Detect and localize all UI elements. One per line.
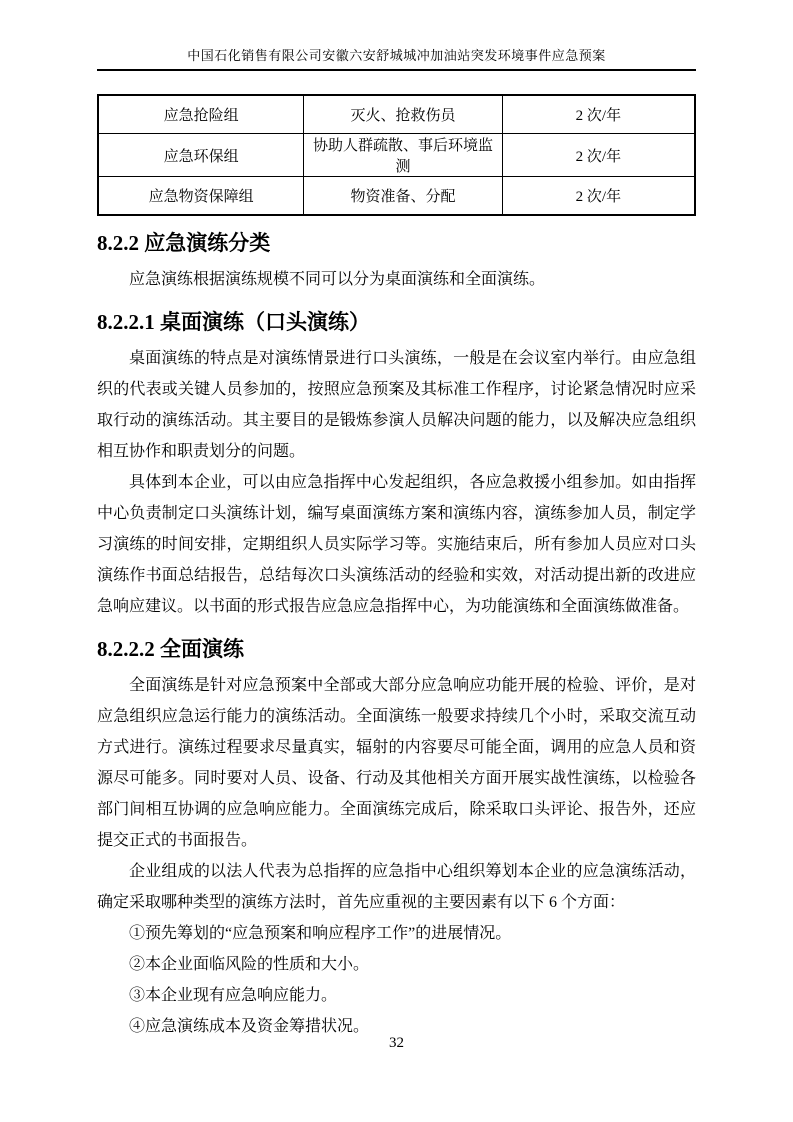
table-cell-frequency: 2 次/年 <box>502 177 695 216</box>
numbered-list: ①预先筹划的“应急预案和响应程序工作”的进展情况。 ②本企业面临风险的性质和大小… <box>97 918 696 1042</box>
list-item: ②本企业面临风险的性质和大小。 <box>97 949 696 980</box>
list-item: ③本企业现有应急响应能力。 <box>97 980 696 1011</box>
paragraph: 具体到本企业，可以由应急指挥中心发起组织，各应急救援小组参加。如由指挥中心负责制… <box>97 467 696 622</box>
page-content: 应急抢险组 灭火、抢救伤员 2 次/年 应急环保组 协助人群疏散、事后环境监测 … <box>97 94 696 1042</box>
document-page: 中国石化销售有限公司安徽六安舒城城冲加油站突发环境事件应急预案 应急抢险组 灭火… <box>0 0 793 1122</box>
page-header: 中国石化销售有限公司安徽六安舒城城冲加油站突发环境事件应急预案 <box>97 0 696 71</box>
table-cell-frequency: 2 次/年 <box>502 95 695 134</box>
table-cell-group: 应急物资保障组 <box>98 177 304 216</box>
table-cell-duty: 物资准备、分配 <box>304 177 502 216</box>
paragraph: 桌面演练的特点是对演练情景进行口头演练，一般是在会议室内举行。由应急组织的代表或… <box>97 343 696 467</box>
table-row: 应急抢险组 灭火、抢救伤员 2 次/年 <box>98 95 695 134</box>
table-cell-group: 应急环保组 <box>98 134 304 177</box>
table-row: 应急环保组 协助人群疏散、事后环境监测 2 次/年 <box>98 134 695 177</box>
page-number: 32 <box>0 1035 793 1052</box>
table-cell-duty: 灭火、抢救伤员 <box>304 95 502 134</box>
section-heading-8-2-2-1: 8.2.2.1 桌面演练（口头演练） <box>97 308 696 337</box>
table-cell-group: 应急抢险组 <box>98 95 304 134</box>
paragraph: 应急演练根据演练规模不同可以分为桌面演练和全面演练。 <box>97 264 696 295</box>
list-item: ①预先筹划的“应急预案和响应程序工作”的进展情况。 <box>97 918 696 949</box>
table-row: 应急物资保障组 物资准备、分配 2 次/年 <box>98 177 695 216</box>
table-cell-duty: 协助人群疏散、事后环境监测 <box>304 134 502 177</box>
drill-frequency-table: 应急抢险组 灭火、抢救伤员 2 次/年 应急环保组 协助人群疏散、事后环境监测 … <box>97 94 696 216</box>
paragraph: 全面演练是针对应急预案中全部或大部分应急响应功能开展的检验、评价，是对应急组织应… <box>97 670 696 856</box>
paragraph: 企业组成的以法人代表为总指挥的应急指中心组织筹划本企业的应急演练活动，确定采取哪… <box>97 856 696 918</box>
section-heading-8-2-2: 8.2.2 应急演练分类 <box>97 229 696 258</box>
section-heading-8-2-2-2: 8.2.2.2 全面演练 <box>97 635 696 664</box>
document-header-title: 中国石化销售有限公司安徽六安舒城城冲加油站突发环境事件应急预案 <box>97 47 696 64</box>
table-cell-frequency: 2 次/年 <box>502 134 695 177</box>
